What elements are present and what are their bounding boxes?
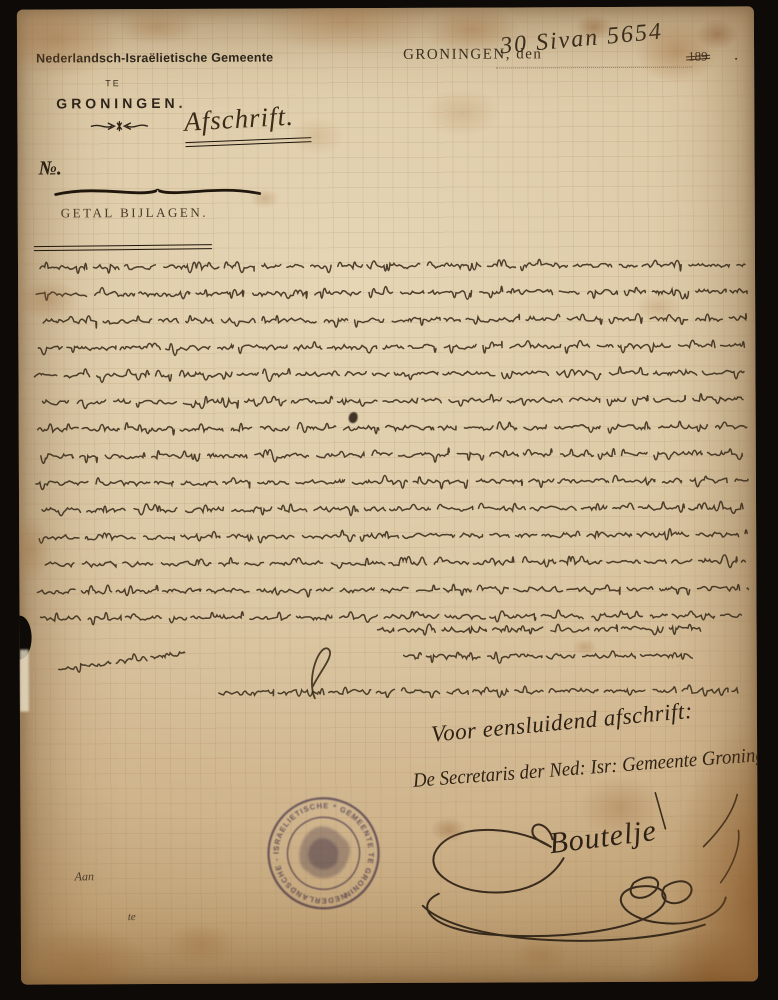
manuscript-line <box>378 623 701 636</box>
manuscript-line <box>404 651 693 664</box>
manuscript-line <box>43 393 743 409</box>
manuscript-line <box>42 501 743 517</box>
manuscript-line <box>41 447 742 464</box>
community-stamp: NEDERLANDSCHE - ISRAELIETISCHE * GEMEENT… <box>263 793 384 914</box>
manuscript-line <box>58 648 185 675</box>
manuscript-line <box>39 528 747 543</box>
secretary-signature: Boutelje <box>402 786 753 953</box>
addressee-label: Aan <box>75 869 94 884</box>
place-label: te <box>128 911 136 923</box>
document-scan: Nederlandsch-Israëlietische Gemeente TE … <box>0 0 778 1000</box>
manuscript-line <box>38 420 747 435</box>
manuscript-line <box>36 285 747 302</box>
manuscript-line <box>34 366 744 383</box>
letter-paper: Nederlandsch-Israëlietische Gemeente TE … <box>17 6 758 984</box>
manuscript-line <box>41 609 742 625</box>
manuscript-line <box>37 582 748 598</box>
signature-name: Boutelje <box>547 814 658 860</box>
manuscript-line <box>38 340 744 356</box>
manuscript-line <box>36 474 748 491</box>
manuscript-line <box>45 555 745 571</box>
manuscript-line <box>43 313 746 328</box>
left-edge-tear <box>20 650 29 712</box>
manuscript-line <box>219 685 738 699</box>
manuscript-line <box>40 258 745 273</box>
